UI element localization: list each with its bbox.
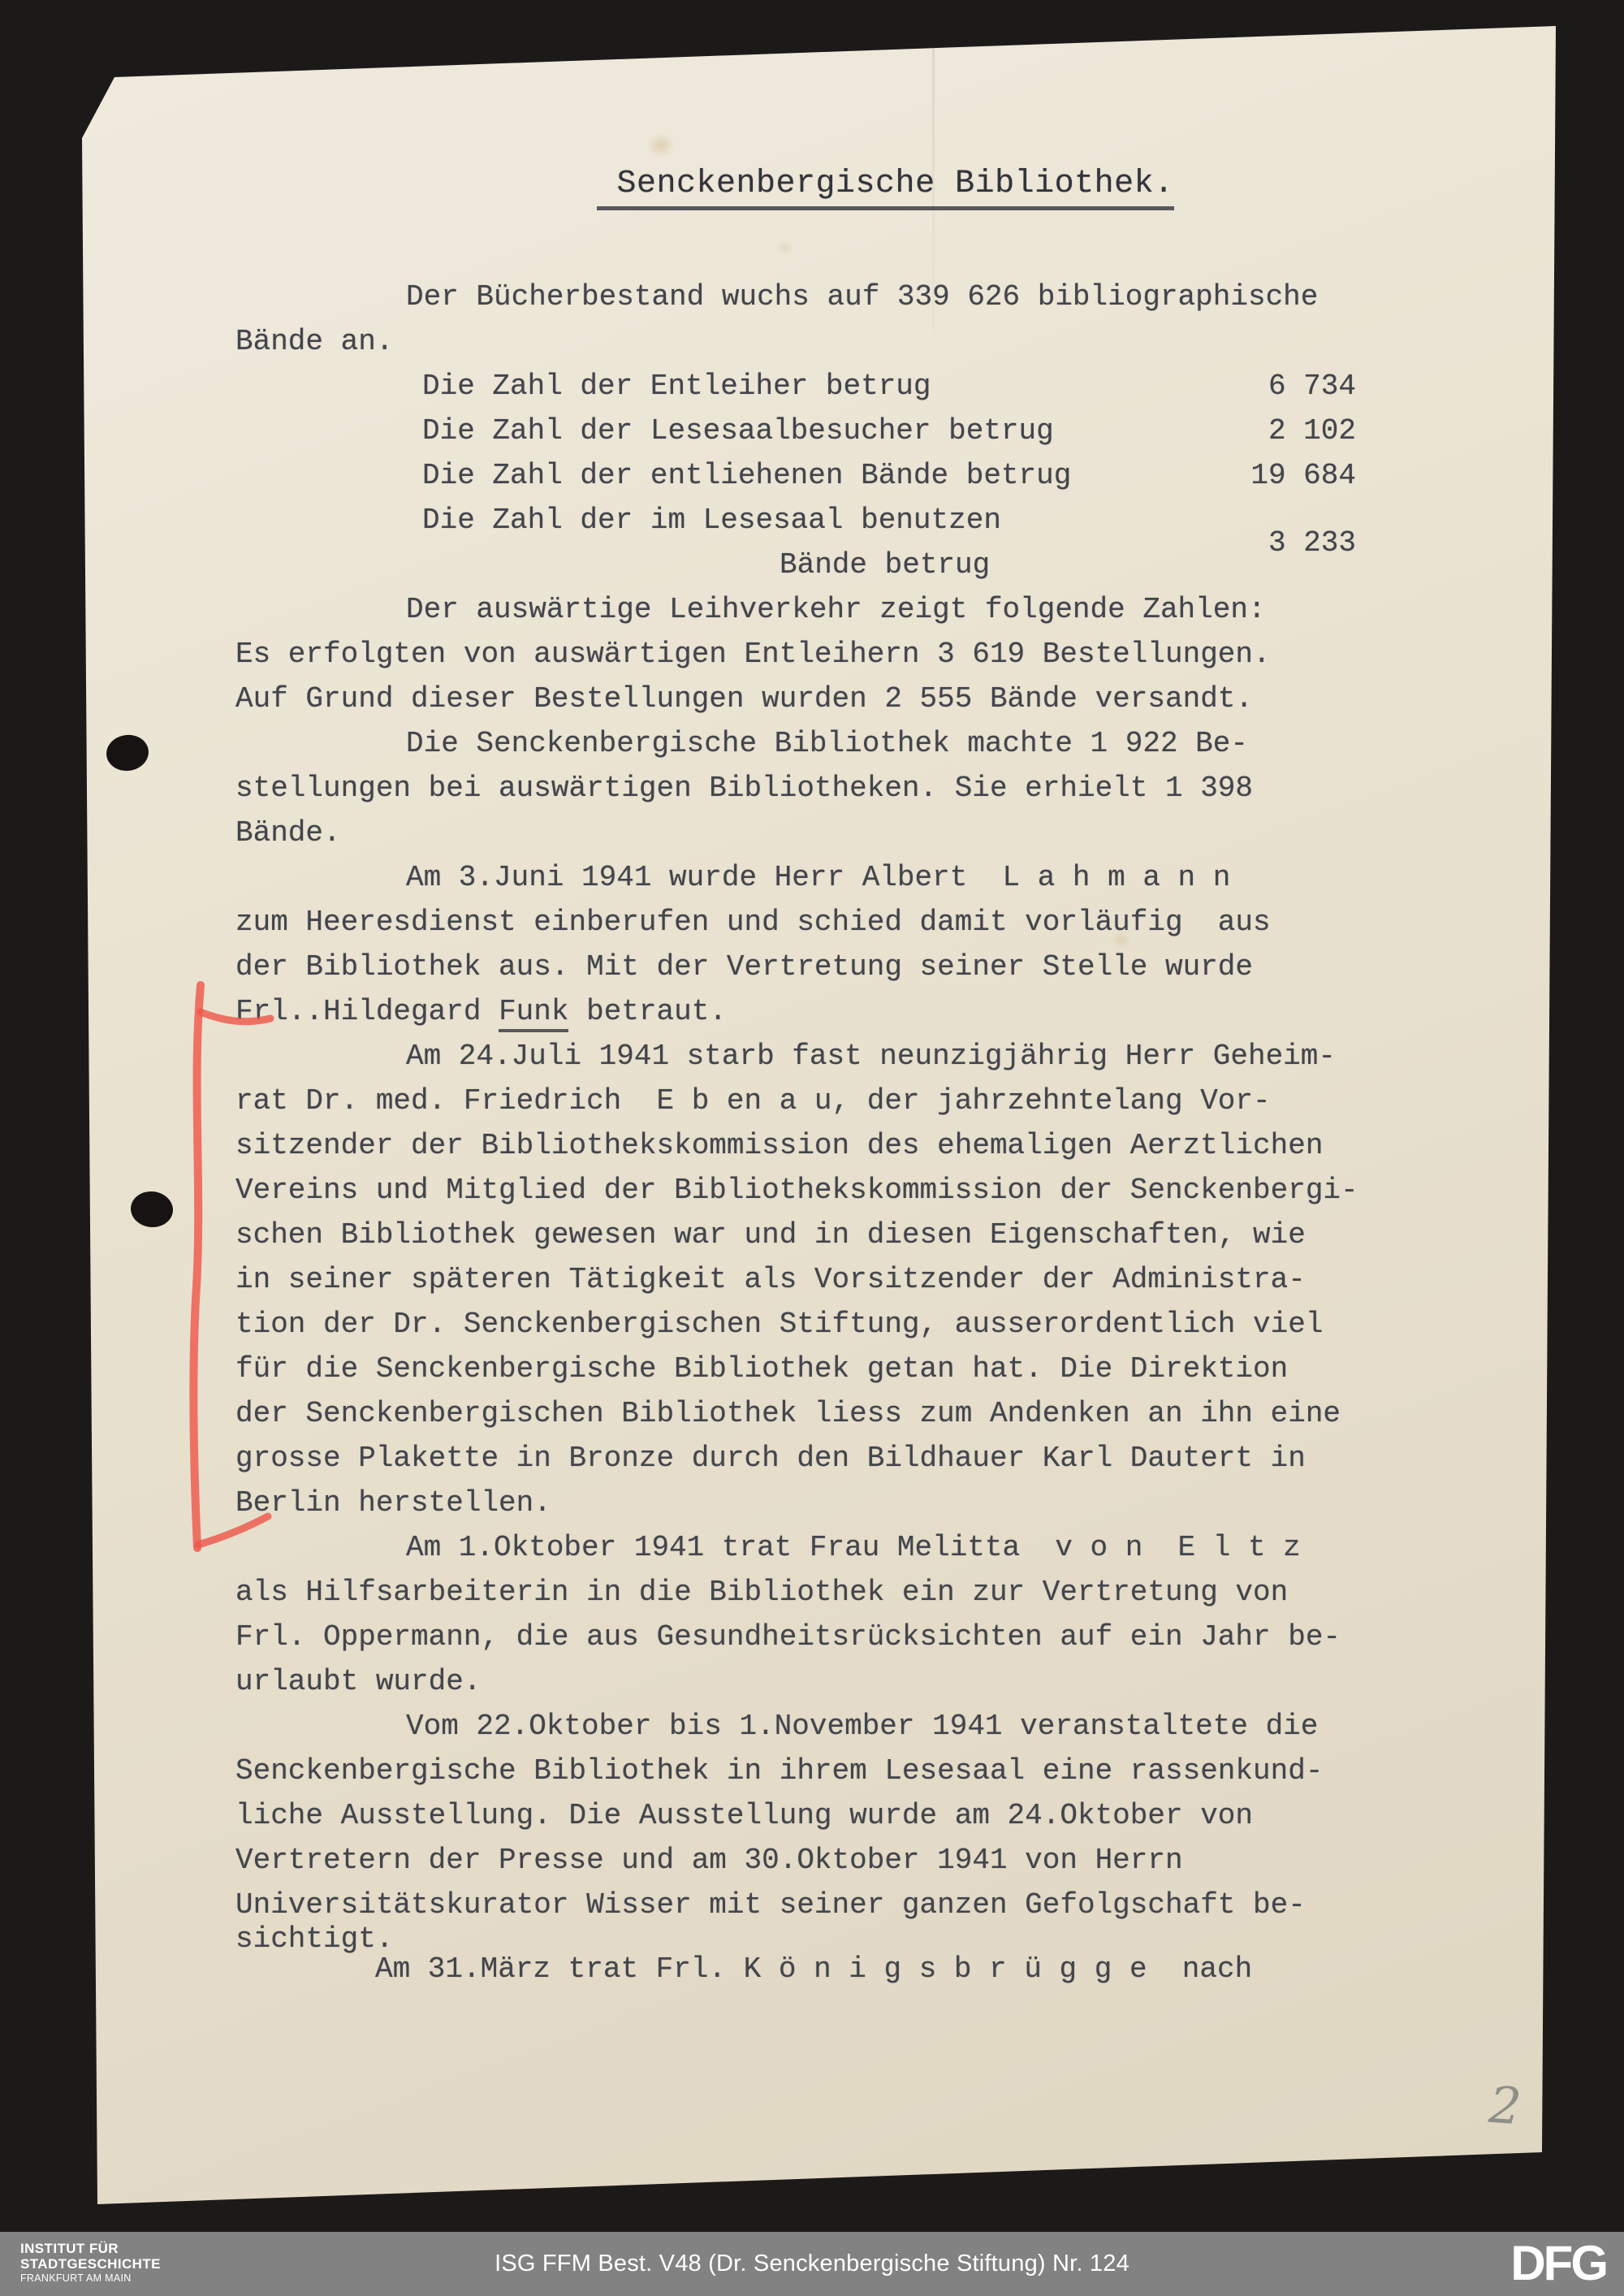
stats-row: Die Zahl der im Lesesaal benutzenBände b… [235,498,1364,587]
text-line: Vom 22.Oktober bis 1.November 1941 veran… [235,1704,1364,1749]
text-line: zum Heeresdienst einberufen und schied d… [235,900,1364,945]
archive-reference: ISG FFM Best. V48 (Dr. Senckenbergische … [0,2232,1624,2296]
hole-punch-bottom [129,1189,175,1229]
text-line: Der Bücherbestand wuchs auf 339 626 bibl… [235,275,1364,319]
scanned-document-viewer: Senckenbergische Bibliothek. Der Bücherb… [0,0,1624,2296]
hole-punch-top [104,733,151,774]
text-line: Die Senckenbergische Bibliothek machte 1… [235,721,1364,766]
document-title: Senckenbergische Bibliothek. [597,166,1174,210]
text-line: urlaubt wurde. [235,1659,1364,1704]
text-line: Vereins und Mitglied der Bibliothekskomm… [235,1168,1364,1213]
text-line: Bände an. [235,319,1364,364]
text-line: Am 31.März trat Frl. K ö n i g s b r ü g… [235,1947,1364,1991]
paper-stain [773,237,797,258]
stats-label-line: Die Zahl der entliehenen Bände betrug [235,453,1071,498]
viewer-footer-bar: INSTITUT FÜR STADTGESCHICHTE FRANKFURT A… [0,2232,1624,2296]
stats-value: 19 684 [1250,453,1364,498]
text-line: der Bibliothek aus. Mit der Vertretung s… [235,945,1364,989]
text-line: Auf Grund dieser Bestellungen wurden 2 5… [235,677,1364,721]
text-line: für die Senckenbergische Bibliothek geta… [235,1347,1364,1391]
underlined-word: Funk [499,995,568,1032]
text-line: Der auswärtige Leihverkehr zeigt folgend… [235,587,1364,632]
stats-label-line2: Bände betrug [235,543,1001,587]
text-line: Senckenbergische Bibliothek in ihrem Les… [235,1749,1364,1793]
stats-label-line: Die Zahl der Entleiher betrug [235,364,931,409]
stats-label: Die Zahl der Entleiher betrug [235,364,931,409]
text-line: schen Bibliothek gewesen war und in dies… [235,1213,1364,1257]
text-line: der Senckenbergischen Bibliothek liess z… [235,1391,1364,1436]
stats-label-line: Die Zahl der Lesesaalbesucher betrug [235,409,1054,453]
stats-label-line: Die Zahl der im Lesesaal benutzen [235,498,1001,543]
text-line: Am 1.Oktober 1941 trat Frau Melitta v o … [235,1525,1364,1570]
text-line: grosse Plakette in Bronze durch den Bild… [235,1436,1364,1481]
stats-row: Die Zahl der entliehenen Bände betrug19 … [235,453,1364,498]
stats-value: 3 233 [1268,521,1364,565]
text-line: Berlin herstellen. [235,1481,1364,1525]
text-line: stellungen bei auswärtigen Bibliotheken.… [235,766,1364,811]
text-line: Universitätskurator Wisser mit seiner ga… [235,1883,1364,1927]
text-line: als Hilfsarbeiterin in die Bibliothek ei… [235,1570,1364,1615]
text-line: sitzender der Bibliothekskommission des … [235,1123,1364,1168]
text-line: Bände. [235,811,1364,855]
text-line: Es erfolgten von auswärtigen Entleihern … [235,632,1364,677]
stats-value: 2 102 [1268,409,1364,453]
stats-row: Die Zahl der Entleiher betrug6 734 [235,364,1364,409]
paper-stain [641,128,680,162]
text-line: tion der Dr. Senckenbergischen Stiftung,… [235,1302,1364,1347]
text-line: liche Ausstellung. Die Ausstellung wurde… [235,1793,1364,1838]
document-page: Senckenbergische Bibliothek. Der Bücherb… [0,0,1624,2242]
text-line: in seiner späteren Tätigkeit als Vorsitz… [235,1257,1364,1302]
dfg-logo: DFG [1510,2235,1606,2291]
text-line: Am 3.Juni 1941 wurde Herr Albert L a h m… [235,855,1364,900]
stats-row: Die Zahl der Lesesaalbesucher betrug2 10… [235,409,1364,453]
document-body: Der Bücherbestand wuchs auf 339 626 bibl… [235,275,1364,1991]
text-line: Frl..Hildegard Funk betraut. [235,989,1364,1034]
text-line: Vertretern der Presse und am 30.Oktober … [235,1838,1364,1883]
text-line: Frl. Oppermann, die aus Gesundheitsrücks… [235,1615,1364,1659]
text-line: rat Dr. med. Friedrich E b en a u, der j… [235,1079,1364,1123]
stats-label: Die Zahl der Lesesaalbesucher betrug [235,409,1054,453]
stats-label: Die Zahl der im Lesesaal benutzenBände b… [235,498,1001,587]
stats-label: Die Zahl der entliehenen Bände betrug [235,453,1071,498]
stats-value: 6 734 [1268,364,1364,409]
text-line: Am 24.Juli 1941 starb fast neunzigjährig… [235,1034,1364,1079]
handwritten-page-number: 2 [1488,2075,1523,2137]
